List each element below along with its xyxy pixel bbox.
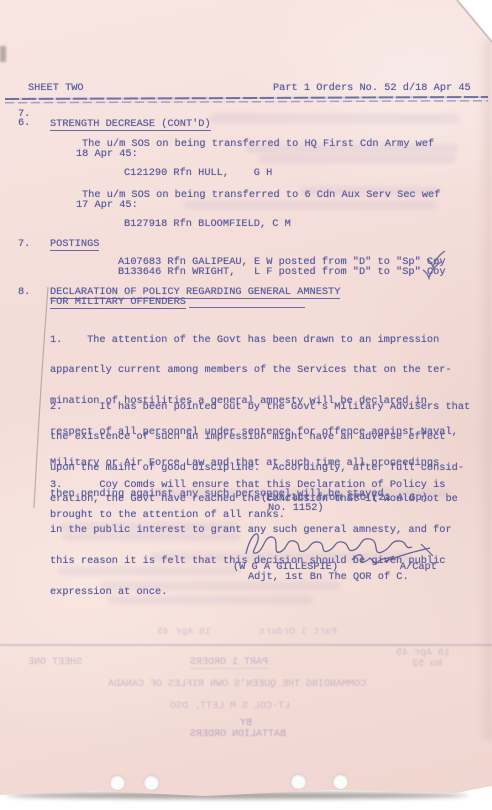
- section-heading-amnesty-line2: FOR MILITARY OFFENDERS: [50, 297, 186, 309]
- bleed-through-serial: No 52: [412, 660, 442, 670]
- ink-smudge: [150, 489, 450, 498]
- ink-smudge: [100, 582, 340, 590]
- ink-smudge: [150, 553, 410, 562]
- bleed-through-co-name: LT-COL S M LETT, DSO: [170, 702, 290, 712]
- punch-hole: [333, 774, 348, 789]
- ink-smudge: [184, 201, 436, 209]
- body-line: 18 Apr 45:: [76, 149, 138, 159]
- service-entry: C121290 Rfn HULL, G H: [124, 168, 272, 178]
- punch-hole: [144, 775, 159, 790]
- paper-right-shading: [478, 40, 492, 740]
- body-line: the existence of such an impression migh…: [50, 432, 470, 442]
- bleed-through-by: BY: [240, 719, 252, 729]
- bleed-through-rule: [0, 644, 492, 646]
- ink-smudge: [300, 187, 440, 195]
- body-line: 2. It has been pointed out by the Govt's…: [50, 402, 470, 412]
- body-line: 17 Apr 45:: [76, 200, 138, 210]
- ink-smudge: [108, 596, 313, 604]
- ink-smudge: [60, 523, 238, 531]
- body-line: 1. The attention of the Govt has been dr…: [50, 335, 458, 345]
- punch-hole: [291, 774, 306, 789]
- bleed-through-date: 18 Apr 45: [396, 649, 450, 659]
- section-number-8: 8.: [18, 287, 30, 297]
- bleed-through-orders: BATTALION ORDERS: [190, 730, 286, 740]
- heading-underline-extension: [189, 307, 305, 308]
- section-heading-postings: POSTINGS: [50, 239, 99, 251]
- extract-reference-line2: No. 1152): [268, 503, 324, 513]
- sheet-label: SHEET TWO: [28, 83, 84, 93]
- header-rule: [5, 96, 488, 104]
- service-entry: B127918 Rfn BLOOMFIELD, C M: [124, 219, 291, 229]
- bleed-through-commanding: COMMANDING THE QUEEN'S OWN RIFLES OF CAN…: [108, 680, 366, 690]
- punch-hole: [110, 775, 125, 790]
- section-heading-strength-decrease: STRENGTH DECREASE (CONT'D): [50, 119, 211, 131]
- bleed-through-footer: Part 1 Orders 18 Apr 45: [157, 628, 337, 638]
- scanned-document: { "document": { "header": { "sheet_label…: [0, 0, 492, 810]
- section-number-6: 6.: [18, 118, 30, 128]
- posting-entry: B133646 Rfn WRIGHT, L F posted from "D" …: [118, 267, 446, 277]
- orders-reference: Part 1 Orders No. 52 d/18 Apr 45: [273, 83, 471, 93]
- ink-smudge: [258, 155, 456, 163]
- bleed-through-sheet: SHEET ONE: [28, 658, 82, 668]
- left-edge-smudge: [0, 46, 6, 62]
- ink-smudge: [210, 114, 460, 123]
- ink-smudge: [58, 567, 240, 575]
- bleed-through-title: PART 1 ORDERS: [190, 658, 268, 669]
- ink-smudge: [62, 533, 240, 541]
- section-number-7: 7.: [18, 239, 30, 249]
- document-page: SHEET TWO Part 1 Orders No. 52 d/18 Apr …: [0, 0, 492, 800]
- body-line: apparently current among members of the …: [50, 365, 458, 375]
- ink-smudge: [246, 144, 458, 153]
- typed-signature-role: Adjt, 1st Bn The QOR of C.: [248, 572, 409, 582]
- body-line: brought to the attention of all ranks.: [50, 510, 445, 520]
